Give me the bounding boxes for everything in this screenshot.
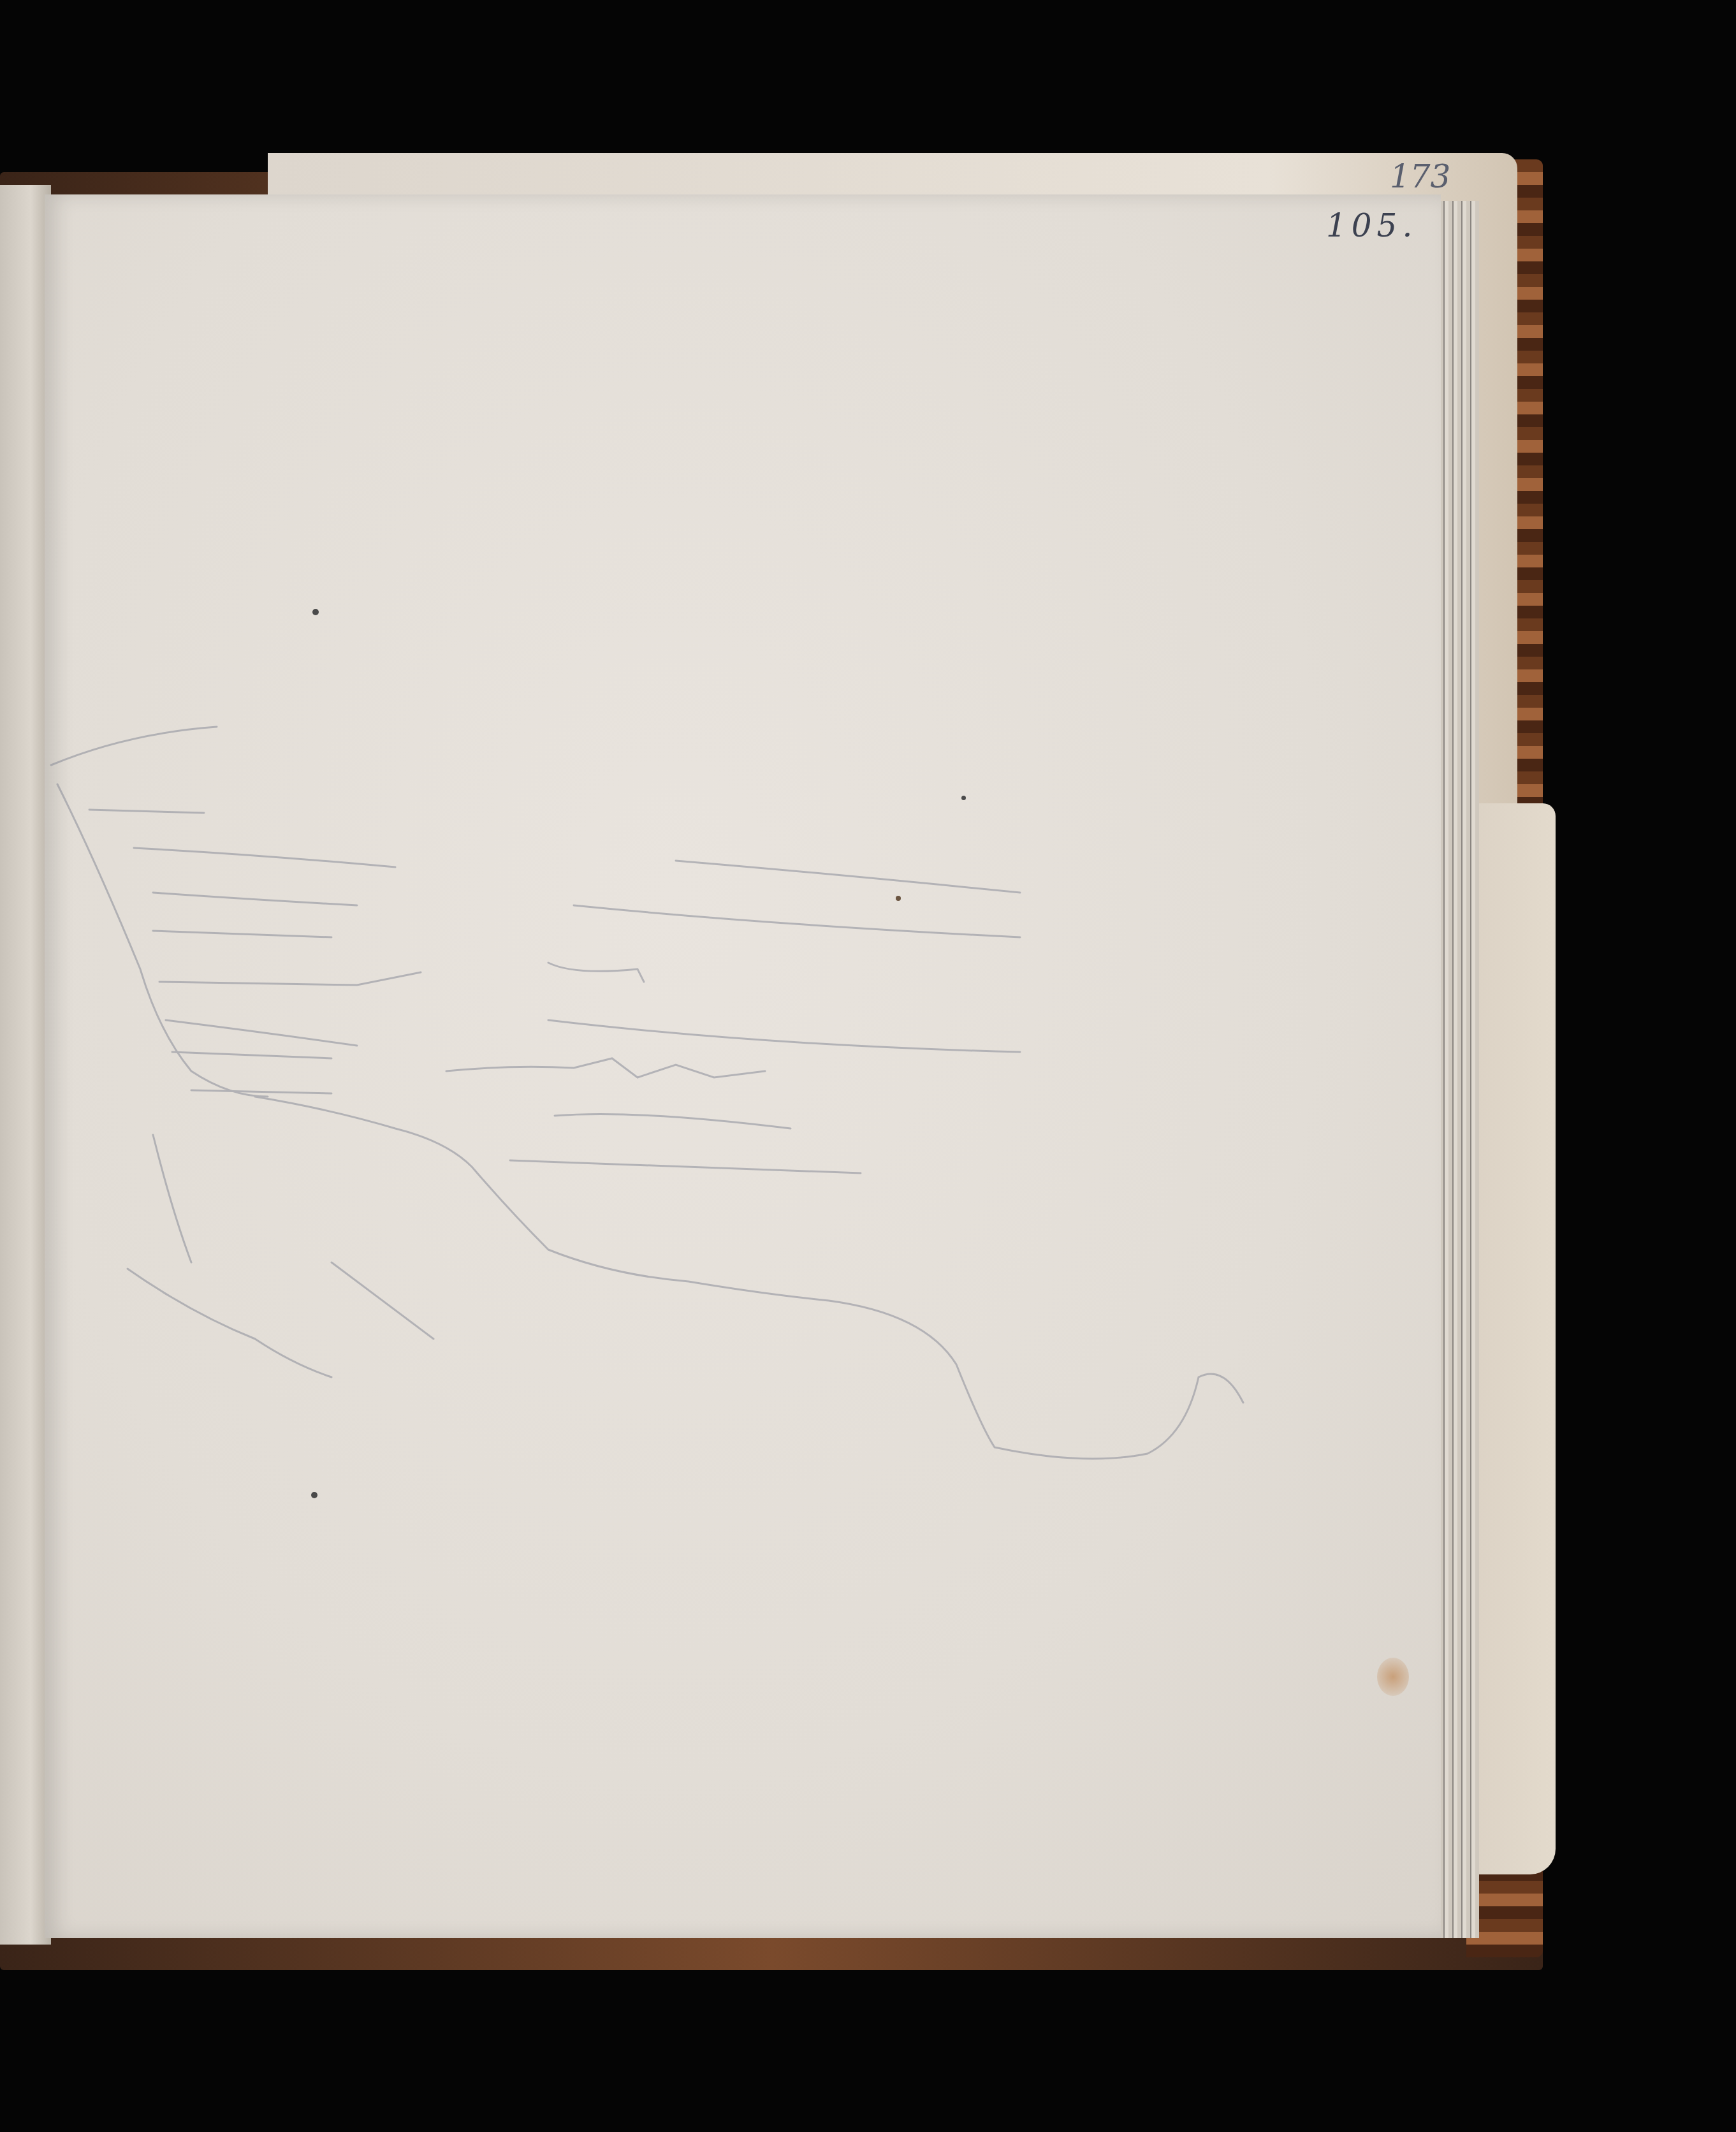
foxing-stain <box>1377 1658 1409 1696</box>
left-page-edge <box>0 185 51 1945</box>
notebook-page <box>45 194 1441 1938</box>
underlying-page-number: 173 <box>1390 158 1450 195</box>
ink-spot <box>896 896 901 901</box>
ink-spot <box>312 609 319 615</box>
ink-spot <box>311 1492 317 1498</box>
ink-spot <box>961 796 966 800</box>
page-number: 105. <box>1326 207 1417 244</box>
